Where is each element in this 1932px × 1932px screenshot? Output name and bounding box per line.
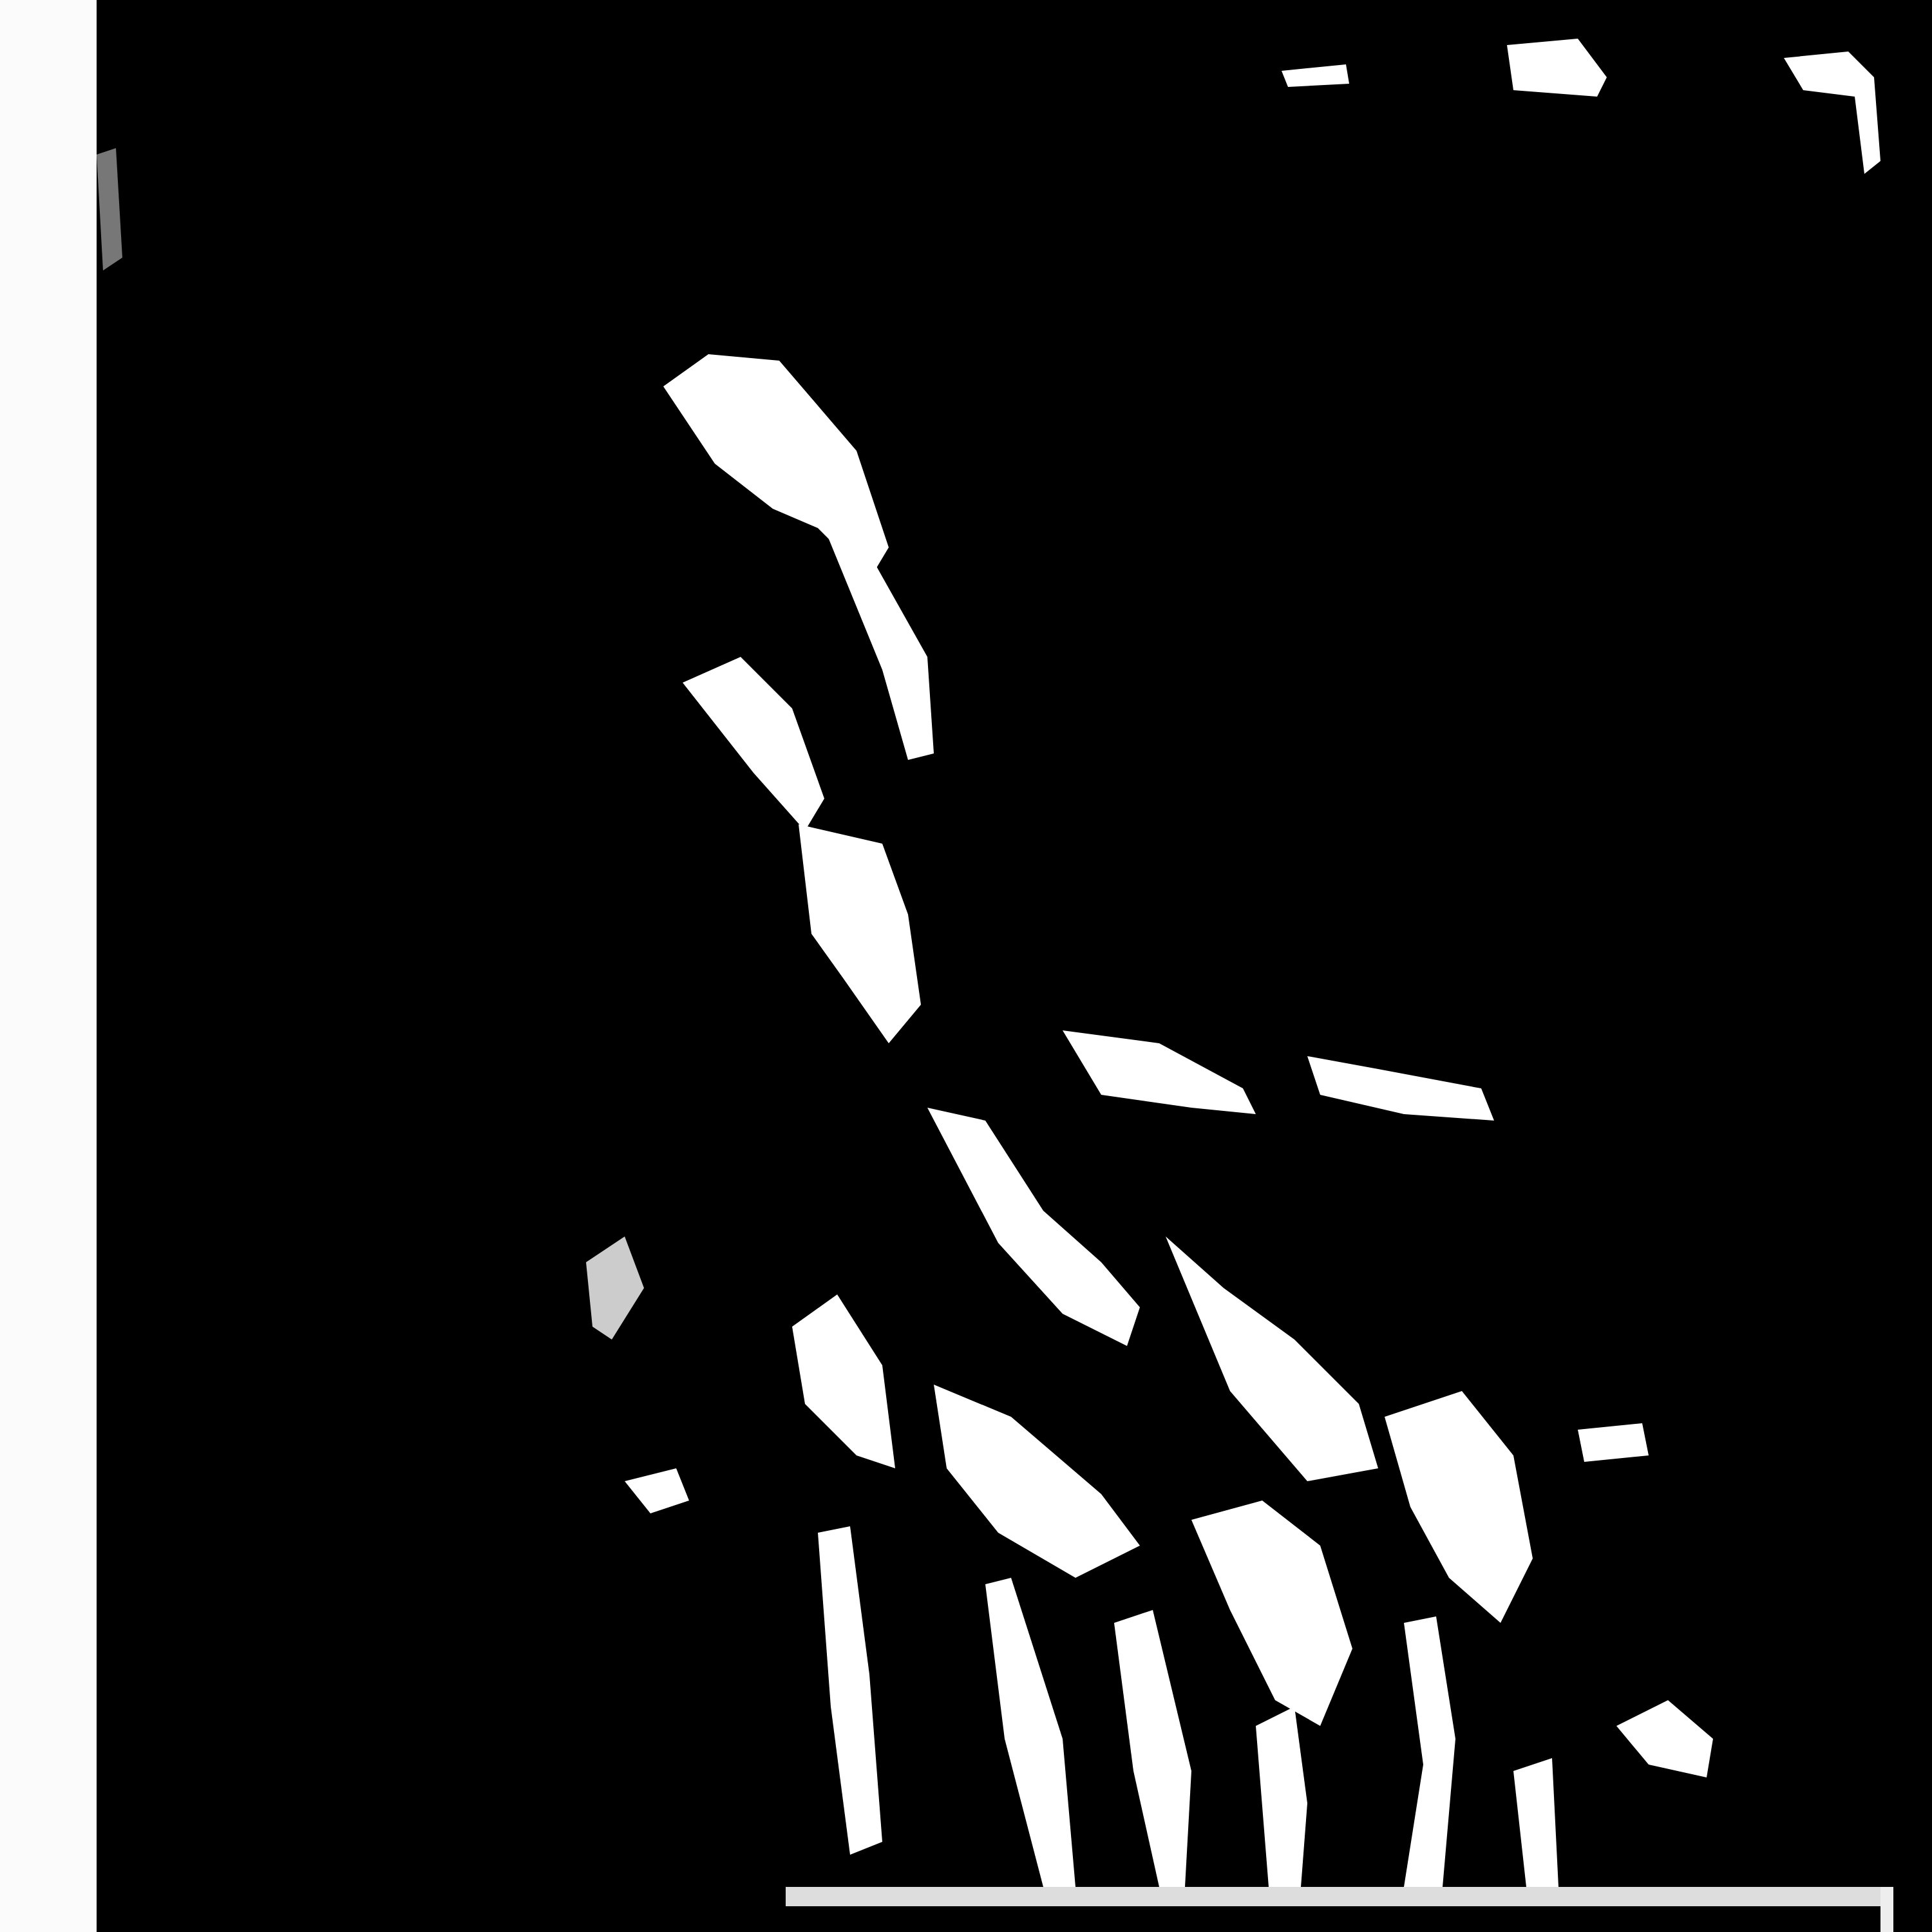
photograph (97, 0, 1932, 1932)
photo-highlights (97, 0, 1932, 1932)
page-margin (0, 0, 97, 1932)
